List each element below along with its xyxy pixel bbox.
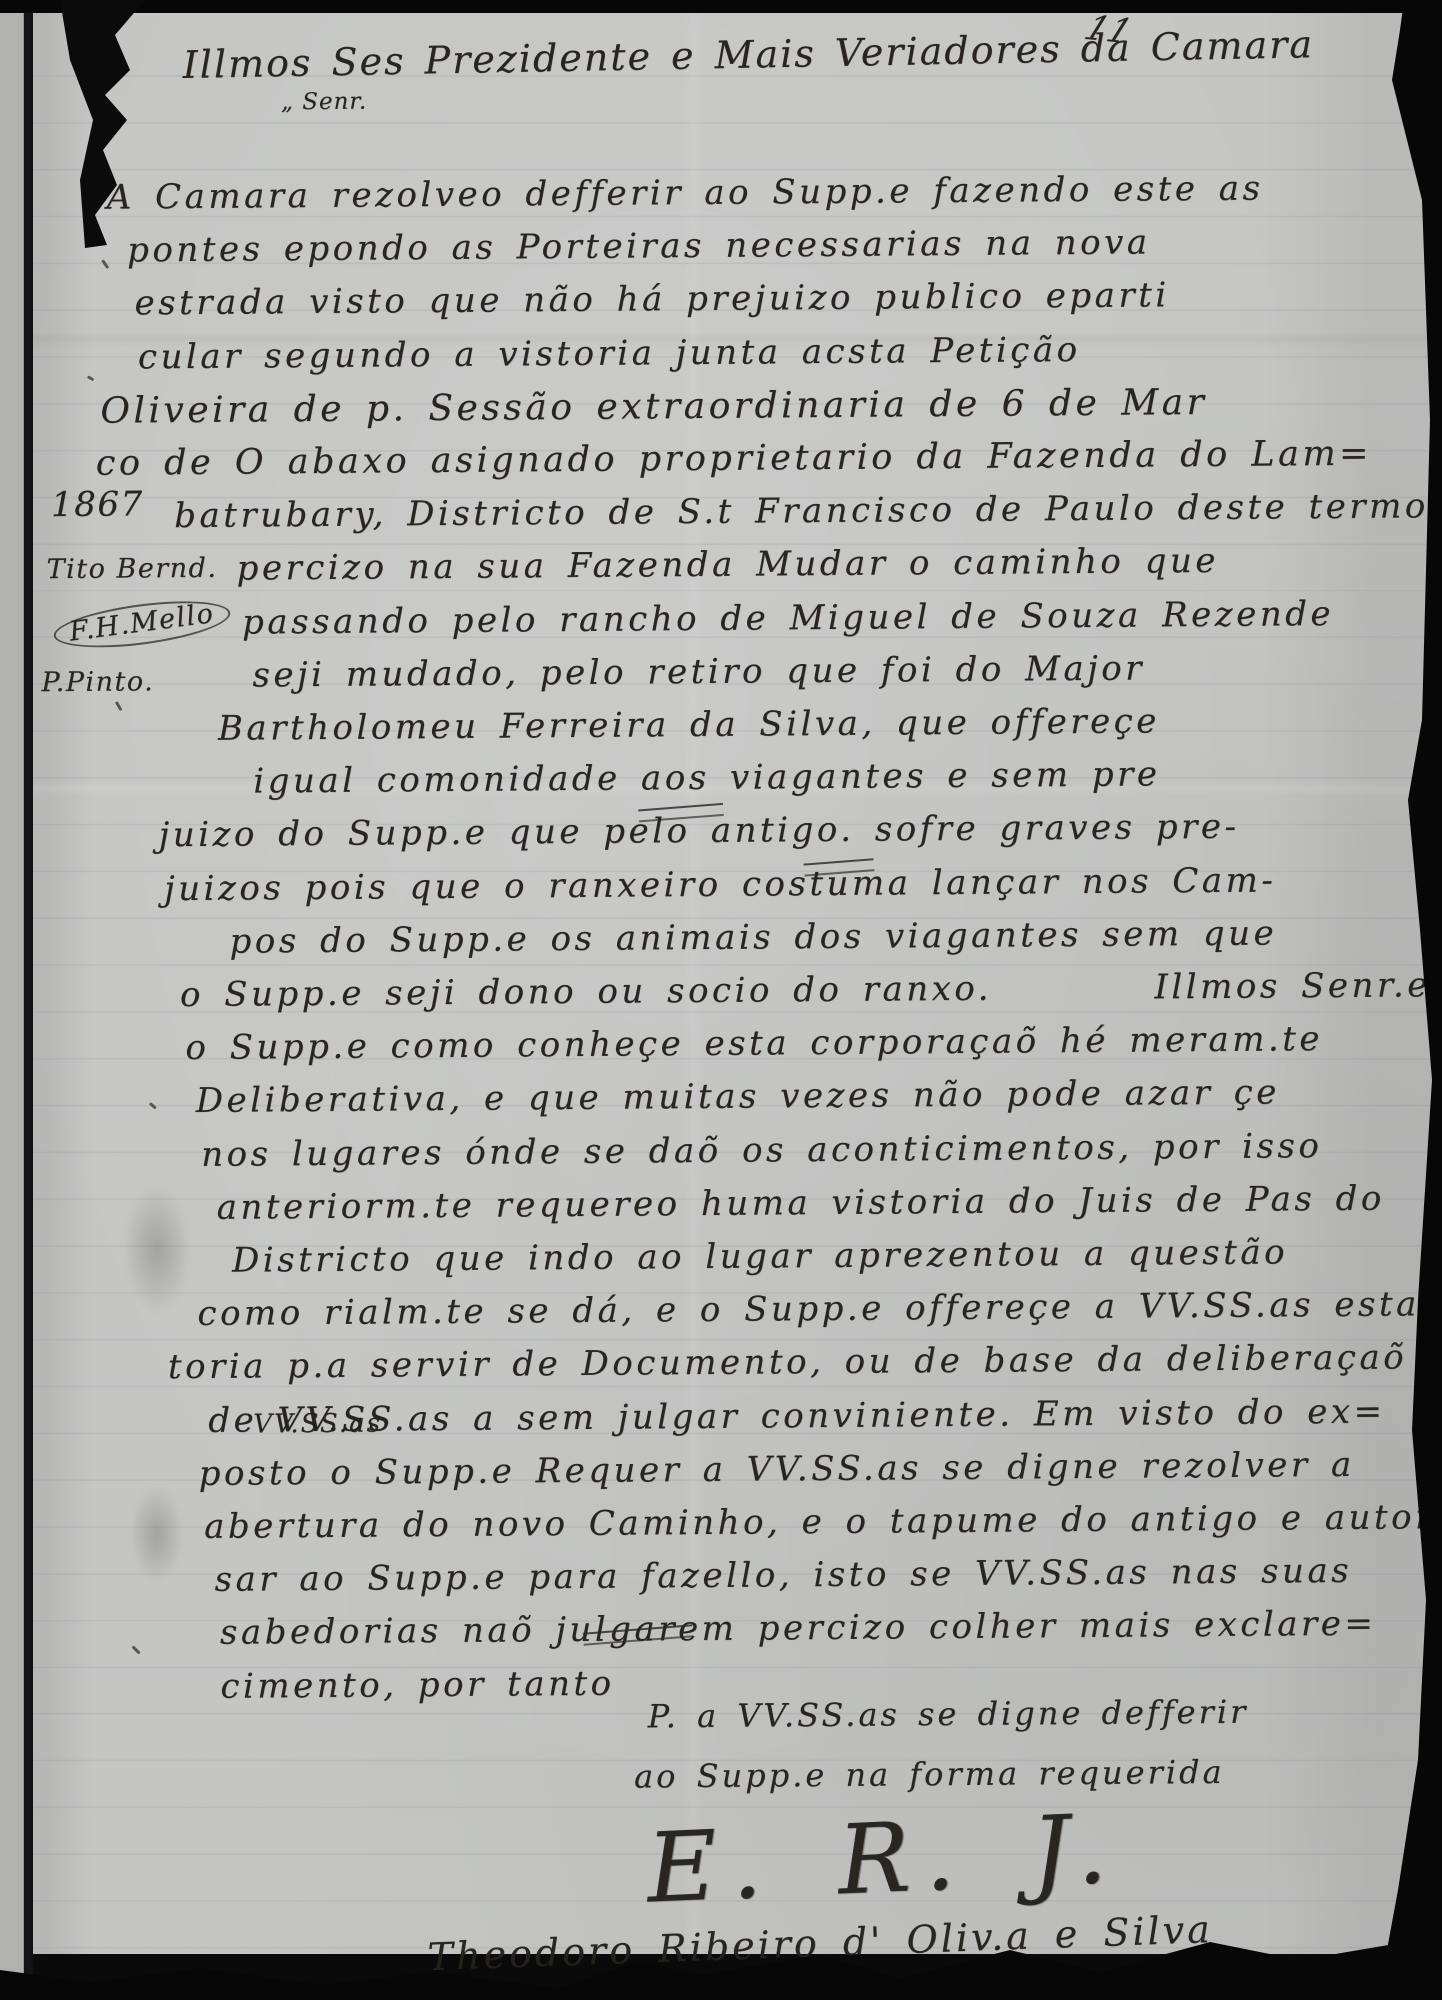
manuscript-line: pontes epondo as Porteiras necessarias n… <box>127 225 1151 267</box>
closing-petition-line-2: ao Supp.e na forma requerida <box>634 1756 1225 1793</box>
stray-ink-mark <box>101 259 109 269</box>
stray-ink-mark <box>87 375 95 381</box>
manuscript-line: batrubary, Districto de S.t Francisco de… <box>174 489 1442 533</box>
manuscript-line: sabedorias naõ julgarem percizo colher m… <box>220 1607 1377 1650</box>
manuscript-line: cular segundo a vistoria junta acsta Pet… <box>138 333 1081 374</box>
manuscript-line: de VV.SS.as a sem julgar conviniente. Em… <box>208 1395 1385 1438</box>
closing-petition-line-1: P. a VV.SS.as se digne defferir <box>647 1696 1248 1733</box>
manuscript-line: anteriorm.te requereo huma vistoria do J… <box>216 1182 1384 1225</box>
manuscript-line: Districto que indo ao lugar aprezentou a… <box>232 1235 1288 1277</box>
manuscript-line: sar ao Supp.e para fazello, isto se VV.S… <box>214 1554 1352 1597</box>
ink-smudge <box>129 1484 185 1584</box>
torn-edge-top <box>0 0 1442 13</box>
manuscript-line: como rialm.te se dá, e o Supp.e offereçe… <box>197 1287 1442 1331</box>
scanned-manuscript-page: { "colors":{ "paper":"#c5c6c4", "ink":"#… <box>0 0 1442 2000</box>
margin-note-signature-pinto: P.Pinto. <box>41 668 154 696</box>
valediction-erj: E. R. J. <box>645 1800 1123 1916</box>
margin-note-year: 1867 <box>51 487 144 522</box>
manuscript-writing-layer: 11 Illmos Ses Prezidente e Mais Veriador… <box>0 0 1442 2000</box>
manuscript-line: percizo na sua Fazenda Mudar o caminho q… <box>236 544 1219 586</box>
manuscript-line: posto o Supp.e Requer a VV.SS.as se dign… <box>199 1448 1355 1491</box>
manuscript-line: abertura do novo Caminho, e o tapume do … <box>204 1500 1442 1544</box>
manuscript-line: co de O abaxo asignado proprietario da F… <box>96 437 1372 482</box>
margin-note-signature-mello: F.H.Mello <box>51 593 233 656</box>
manuscript-line: Bartholomeu Ferreira da Silva, que offer… <box>218 704 1160 745</box>
manuscript-line: nos lugares ónde se daõ os aconticimento… <box>201 1129 1322 1172</box>
manuscript-line: igual comonidade aos viagantes e sem pre <box>253 757 1160 798</box>
interlinear-insertion: VV.SS.as <box>253 1411 382 1438</box>
manuscript-line: Deliberativa, e que muitas vezes não pod… <box>196 1075 1280 1118</box>
manuscript-line: A Camara rezolveo defferir ao Supp.e faz… <box>107 172 1264 215</box>
margin-note-signature-tito: Tito Bernd. <box>46 555 217 583</box>
manuscript-line: Oliveira de p. Sessão extraordinaria de … <box>100 385 1207 430</box>
manuscript-line: toria p.a servir de Documento, ou de bas… <box>168 1340 1408 1384</box>
manuscript-line: cimento, por tanto <box>220 1667 614 1704</box>
salutation-line: Illmos Ses Prezidente e Mais Veriadores … <box>182 25 1314 84</box>
manuscript-line: pos do Supp.e os animais dos viagantes s… <box>229 916 1277 958</box>
manuscript-line: o Supp.e como conheçe esta corporaçaõ hé… <box>185 1022 1323 1065</box>
manuscript-line: seji mudado, pelo retiro que foi do Majo… <box>252 651 1145 692</box>
stray-ink-mark <box>131 1645 140 1654</box>
stray-ink-mark <box>149 1102 157 1109</box>
manuscript-line: estrada visto que não há prejuizo public… <box>134 278 1169 320</box>
manuscript-line: o Supp.e seji dono ou socio do ranxo. Il… <box>180 968 1442 1012</box>
manuscript-line: juizos pois que o ranxeiro costuma lança… <box>164 863 1276 906</box>
salutation-correction: „ Senr. <box>281 91 367 115</box>
stray-ink-mark <box>115 701 123 711</box>
manuscript-line: passando pelo rancho de Miguel de Souza … <box>242 597 1334 640</box>
ink-smudge <box>121 1184 192 1315</box>
